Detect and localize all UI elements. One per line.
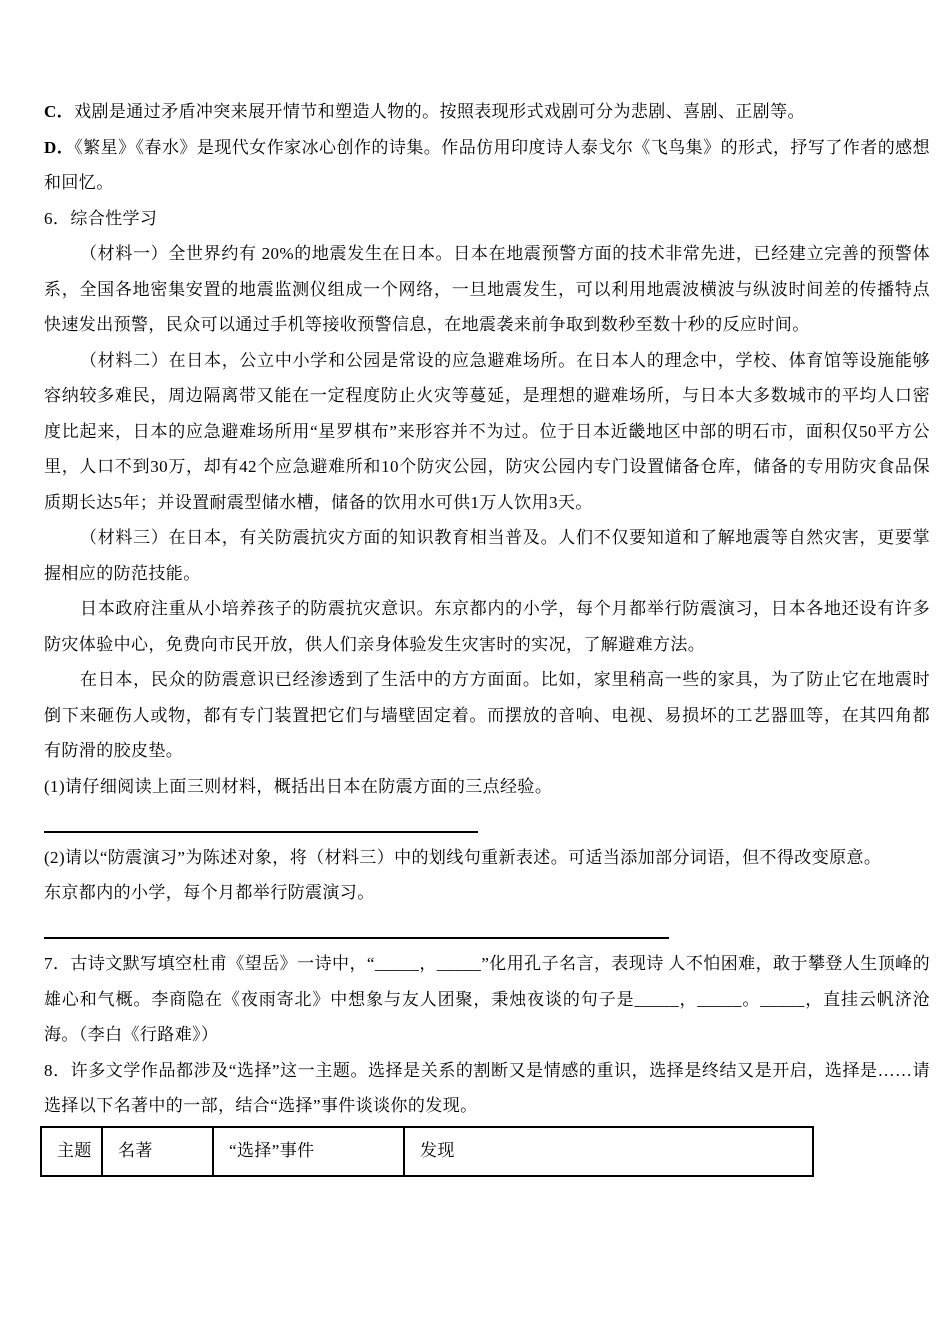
subquestion-1-text: (1)请仔细阅读上面三则材料，概括出日本在防震方面的三点经验。 [44,769,930,805]
option-d-label: D． [44,138,74,157]
option-c-label: C． [44,102,74,121]
table-header-book: 名著 [102,1127,213,1176]
question-6-heading: 6．综合性学习 [44,201,930,237]
table-header-row: 主题 名著 “选择”事件 发现 [41,1127,813,1176]
question-6-number: 6． [44,209,70,228]
table-header-choice-event: “选择”事件 [213,1127,404,1176]
question-8-text: 8．许多文学作品都涉及“选择”这一主题。选择是关系的割断又是情感的重识，选择是终… [44,1053,930,1124]
table-header-discovery: 发现 [404,1127,813,1176]
option-c-paragraph: C．戏剧是通过矛盾冲突来展开情节和塑造人物的。按照表现形式戏剧可分为悲剧、喜剧、… [44,94,930,130]
option-c-text: 戏剧是通过矛盾冲突来展开情节和塑造人物的。按照表现形式戏剧可分为悲剧、喜剧、正剧… [74,102,805,121]
answer-blank-line-1 [44,804,478,833]
material-3-paragraph-1: （材料三）在日本，有关防震抗灾方面的知识教育相当普及。人们不仅要知道和了解地震等… [44,520,930,591]
choice-analysis-table: 主题 名著 “选择”事件 发现 [40,1126,814,1177]
option-d-text: 《繁星》《春水》是现代女作家冰心创作的诗集。作品仿用印度诗人泰戈尔《飞鸟集》的形… [44,138,930,193]
rewrite-target-sentence: 东京都内的小学，每个月都举行防震演习。 [44,875,930,911]
answer-blank-line-2 [44,911,669,940]
subquestion-2-text: (2)请以“防震演习”为陈述对象，将（材料三）中的划线句重新表述。可适当添加部分… [44,840,930,876]
question-6-title: 综合性学习 [70,209,157,228]
material-1-paragraph: （材料一）全世界约有 20%的地震发生在日本。日本在地震预警方面的技术非常先进，… [44,236,930,343]
exam-document-page: C．戏剧是通过矛盾冲突来展开情节和塑造人物的。按照表现形式戏剧可分为悲剧、喜剧、… [0,0,950,1344]
option-d-paragraph: D．《繁星》《春水》是现代女作家冰心创作的诗集。作品仿用印度诗人泰戈尔《飞鸟集》… [44,130,930,201]
material-3-paragraph-3: 在日本，民众的防震意识已经渗透到了生活中的方方面面。比如，家里稍高一些的家具，为… [44,662,930,769]
material-2-paragraph: （材料二）在日本，公立中小学和公园是常设的应急避难场所。在日本人的理念中，学校、… [44,343,930,521]
material-3-paragraph-2: 日本政府注重从小培养孩子的防震抗灾意识。东京都内的小学，每个月都举行防震演习，日… [44,591,930,662]
question-7-text: 7．古诗文默写填空杜甫《望岳》一诗中，“_____，_____”化用孔子名言，表… [44,946,930,1053]
table-header-theme: 主题 [41,1127,102,1176]
